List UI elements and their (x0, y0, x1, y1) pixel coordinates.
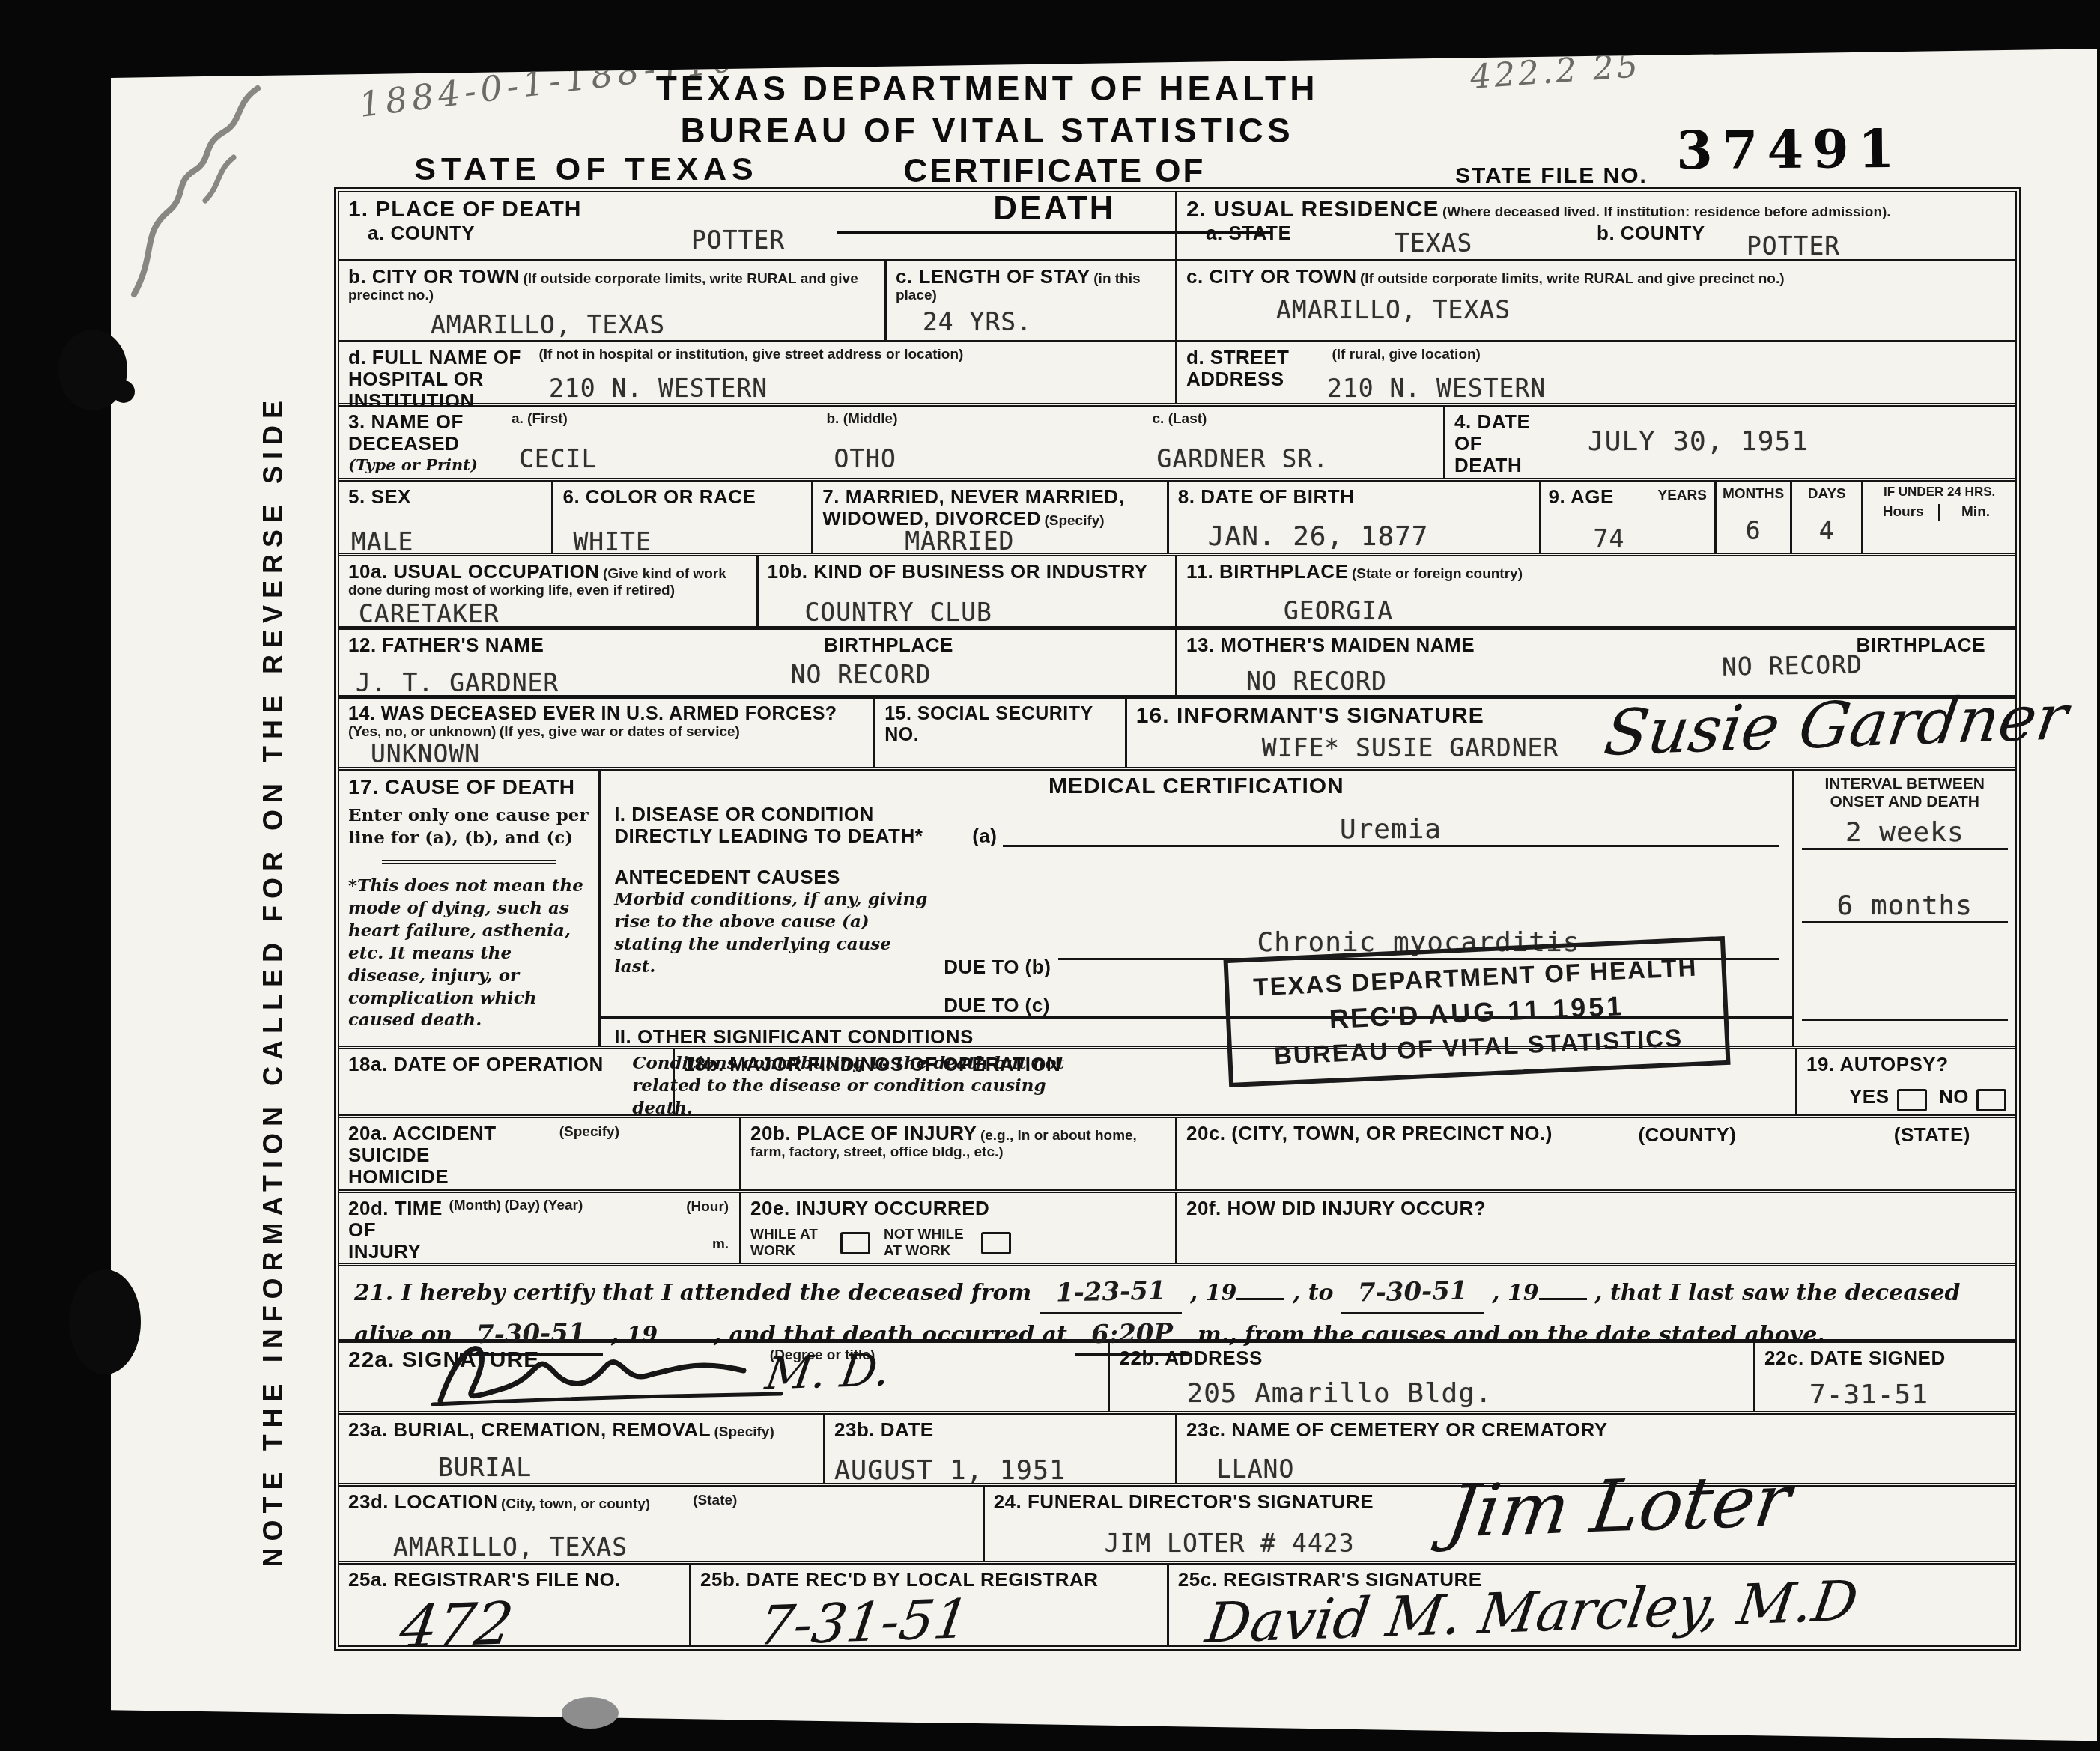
armed-forces-value: UNKNOWN (371, 739, 864, 768)
occupation-value: CARETAKER (359, 599, 747, 628)
stamp-date: AUG 11 1951 (1427, 990, 1625, 1030)
not-while-at-work-label: NOT WHILE AT WORK (884, 1227, 974, 1260)
industry-value: COUNTRY CLUB (805, 598, 1167, 627)
section-injury-location: 20c. (CITY, TOWN, OR PRECINCT NO.) (COUN… (1177, 1118, 2015, 1189)
father-name-value: J. T. GARDNER (356, 668, 1166, 697)
physician-signature-script (429, 1329, 849, 1412)
section-autopsy: 19. AUTOPSY? YES NO (1797, 1049, 2015, 1114)
institution-label: d. FULL NAME OF HOSPITAL OR INSTITUTION (348, 347, 535, 412)
cemetery-label: 23c. NAME OF CEMETERY OR CREMATORY (1186, 1418, 1608, 1441)
section-certify-statement: 21. I hereby certify that I attended the… (339, 1266, 2015, 1339)
name-first-value: CECIL (519, 444, 827, 473)
section-informant: 16. INFORMANT'S SIGNATURE WIFE* SUSIE GA… (1127, 699, 2015, 767)
place-of-injury-label: 20b. PLACE OF INJURY (750, 1122, 977, 1144)
cause-note2: *This does not mean the mode of dying, s… (348, 875, 589, 1031)
under24-hours-label: Hours (1868, 504, 1940, 521)
date-signed-value: 7-31-51 (1809, 1380, 2006, 1410)
while-at-work-checkbox (840, 1232, 870, 1254)
age-days-cell: DAYS 4 (1792, 482, 1863, 553)
row-medical-certification: 17. CAUSE OF DEATH Enter only one cause … (339, 771, 2015, 1049)
marital-hint: (Specify) (1044, 513, 1104, 529)
date-of-death-value: JULY 30, 1951 (1588, 426, 1809, 457)
age-under24-cell: IF UNDER 24 HRS. Hours Min. (1863, 482, 2015, 553)
disease-a-value: Uremia (1340, 814, 1442, 845)
pencil-scribble (115, 58, 273, 306)
under24-label: IF UNDER 24 HRS. (1884, 485, 1995, 499)
disease-label-line1: I. DISEASE OR CONDITION (614, 803, 874, 825)
color-race-label: 6. COLOR OR RACE (562, 485, 756, 508)
accident-hint: (Specify) (559, 1124, 619, 1141)
name-subtitle: (Type or Print) (348, 455, 478, 474)
autopsy-no-checkbox (1976, 1089, 2006, 1111)
certify-p2: , to (1293, 1280, 1334, 1306)
section-burial-type: 23a. BURIAL, CREMATION, REMOVAL (Specify… (339, 1415, 825, 1483)
time-m-label: m. (712, 1236, 729, 1253)
margin-vertical-note-text: NOTE THE INFORMATION CALLED FOR ON THE R… (258, 394, 289, 1567)
age-days-label: DAYS (1808, 486, 1846, 502)
usual-residence-hint: (Where deceased lived. If institution: r… (1442, 204, 1891, 220)
armed-forces-label: 14. WAS DECEASED EVER IN U.S. ARMED FORC… (348, 703, 837, 724)
time-of-injury-label: 20d. TIME OF INJURY (348, 1198, 446, 1263)
name-first-label: a. (First) (512, 411, 568, 427)
burial-type-hint: (Specify) (714, 1424, 774, 1440)
operation-date-label: 18a. DATE OF OPERATION (348, 1053, 604, 1075)
header-dept-line2: BUREAU OF VITAL STATISTICS (590, 109, 1384, 151)
section-injury-occurred: 20e. INJURY OCCURRED WHILE AT WORK NOT W… (741, 1193, 1177, 1263)
antecedent-label: ANTECEDENT CAUSES (614, 867, 1778, 888)
section-usual-residence: 2. USUAL RESIDENCE (Where deceased lived… (1177, 192, 2015, 403)
time-hour-label: (Hour) (686, 1199, 729, 1216)
residence-state-label: a. STATE (1206, 222, 1291, 244)
mother-name-label: 13. MOTHER'S MAIDEN NAME (1186, 634, 1475, 656)
injury-occurred-label: 20e. INJURY OCCURRED (750, 1197, 989, 1219)
injury-city-label: 20c. (CITY, TOWN, OR PRECINCT NO.) (1186, 1122, 1553, 1144)
father-birthplace-label: BIRTHPLACE (824, 634, 953, 656)
section-date-of-operation: 18a. DATE OF OPERATION (339, 1049, 675, 1114)
row-demographics: 5. SEX MALE 6. COLOR OR RACE WHITE 7. MA… (339, 482, 2015, 556)
operation-findings-label: 18b. MAJOR FINDINGS OF OPERATION (684, 1053, 1061, 1075)
armed-forces-hint2: (If yes, give war or dates of service) (500, 724, 740, 740)
header-agency: TEXAS DEPARTMENT OF HEALTH BUREAU OF VIT… (590, 67, 1384, 151)
section-father: 12. FATHER'S NAME BIRTHPLACE J. T. GARDN… (339, 630, 1177, 695)
scan-smudge-bottom (562, 1697, 619, 1729)
sex-value: MALE (351, 527, 542, 556)
section-birthplace: 11. BIRTHPLACE (State or foreign country… (1177, 556, 2015, 626)
place-institution-cell: d. FULL NAME OF HOSPITAL OR INSTITUTION … (339, 342, 1175, 402)
certify-to-value: 7-30-51 (1358, 1271, 1469, 1313)
certify-p1: I hereby certify that I attended the dec… (401, 1280, 1032, 1306)
section-cause-of-death-notes: 17. CAUSE OF DEATH Enter only one cause … (339, 771, 601, 1046)
institution-hint: (If not in hospital or institution, give… (538, 347, 1063, 363)
informant-typed-value: WIFE* SUSIE GARDNER (1262, 733, 1559, 762)
age-months-label: MONTHS (1723, 486, 1784, 502)
autopsy-yes-label: YES (1849, 1085, 1890, 1108)
registrar-file-label: 25a. REGISTRAR'S FILE NO. (348, 1568, 621, 1591)
section-registrar-date: 25b. DATE REC'D BY LOCAL REGISTRAR 7-31-… (691, 1565, 1169, 1645)
section-registrar-file-no: 25a. REGISTRAR'S FILE NO. 472 (339, 1565, 691, 1645)
state-file-no-value: 37491 (1676, 118, 1904, 182)
physician-address-value: 205 Amarillo Bldg. (1186, 1378, 1744, 1409)
scan-hole-blob-1b (112, 380, 135, 403)
age-months-cell: MONTHS 6 (1717, 482, 1792, 553)
residence-state-value: TEXAS (1395, 228, 1472, 258)
residence-city-value: AMARILLO, TEXAS (1276, 295, 2006, 324)
burial-location-hint1: (City, town, or county) (501, 1496, 650, 1512)
residence-county-value: POTTER (1747, 231, 1840, 261)
age-years-label: YEARS (1657, 488, 1706, 504)
father-name-label: 12. FATHER'S NAME (348, 634, 544, 656)
age-years-cell: 9. AGE YEARS 74 (1541, 482, 1717, 553)
row-name-date: 3. NAME OF DECEASED (Type or Print) a. (… (339, 407, 2015, 482)
section-burial-location: 23d. LOCATION (City, town, or county) (S… (339, 1487, 985, 1561)
pencil-annotation-code: 422.2 25 (1469, 46, 1642, 97)
time-month-label: (Month) (449, 1198, 501, 1213)
row-place-residence: 1. PLACE OF DEATH a. COUNTY POTTER b. CI… (339, 192, 2015, 407)
funeral-director-signature-script: Jim Loter (1442, 1458, 1795, 1554)
interval-label: INTERVAL BETWEEN ONSET AND DEATH (1825, 775, 1985, 810)
street-address-value: 210 N. WESTERN (1327, 374, 1546, 403)
antecedent-hint: Morbid conditions, if any, giving rise t… (614, 888, 936, 978)
residence-county-label: b. COUNTY (1597, 222, 1705, 244)
row-occupation: 10a. USUAL OCCUPATION (Give kind of work… (339, 556, 2015, 630)
scan-hole-blob-2 (69, 1269, 141, 1374)
certify-19a: , 19 (1190, 1280, 1237, 1306)
certify-19b: , 19 (1492, 1280, 1539, 1306)
row-operation: 18a. DATE OF OPERATION 18b. MAJOR FINDIN… (339, 1049, 2015, 1118)
section-date-of-death: 4. DATE OF DEATH JULY 30, 1951 (1445, 407, 2015, 478)
medical-certification-title: MEDICAL CERTIFICATION (614, 774, 1778, 799)
occupation-label: 10a. USUAL OCCUPATION (348, 560, 600, 583)
section-how-injury-occurred: 20f. HOW DID INJURY OCCUR? (1177, 1193, 2015, 1263)
row-parents: 12. FATHER'S NAME BIRTHPLACE J. T. GARDN… (339, 630, 2015, 699)
funeral-director-typed: JIM LOTER # 4423 (1105, 1529, 1355, 1558)
informant-label: 16. INFORMANT'S SIGNATURE (1136, 703, 1484, 728)
birthplace-hint: (State or foreign country) (1352, 566, 1523, 582)
header-state-of-texas: STATE OF TEXAS (410, 151, 762, 188)
date-of-death-label: 4. DATE OF DEATH (1454, 411, 1544, 476)
row-registrar: 25a. REGISTRAR'S FILE NO. 472 25b. DATE … (339, 1565, 2015, 1645)
burial-location-hint2: (State) (693, 1493, 737, 1509)
stamp-recd: REC'D (1329, 999, 1420, 1034)
under24-min-label: Min. (1940, 504, 2011, 521)
marital-value: MARRIED (905, 526, 1157, 556)
section-marital-status: 7. MARRIED, NEVER MARRIED, WIDOWED, DIVO… (813, 482, 1168, 553)
autopsy-no-label: NO (1939, 1085, 1969, 1108)
name-middle-value: OTHO (834, 444, 1153, 473)
length-of-stay-value: 24 YRS. (923, 307, 1166, 336)
certify-num: 21. (354, 1280, 393, 1306)
due-to-b-tag: DUE TO (b) (944, 956, 1051, 978)
section-ssn: 15. SOCIAL SECURITY NO. (875, 699, 1127, 767)
burial-location-value: AMARILLO, TEXAS (393, 1532, 974, 1562)
color-race-value: WHITE (573, 527, 802, 556)
state-file-no-label: STATE FILE NO. (1455, 163, 1648, 189)
name-last-label: c. (Last) (1153, 411, 1207, 427)
burial-location-label: 23d. LOCATION (348, 1490, 498, 1513)
burial-type-label: 23a. BURIAL, CREMATION, REMOVAL (348, 1418, 711, 1441)
certify-year-blank-b (1539, 1278, 1587, 1300)
residence-state-county-cell: 2. USUAL RESIDENCE (Where deceased lived… (1177, 192, 2015, 261)
armed-forces-hint1: (Yes, no, or unknown) (348, 724, 496, 740)
row-injury-1: 20a. ACCIDENT SUICIDE HOMICIDE (Specify)… (339, 1118, 2015, 1193)
accident-label: 20a. ACCIDENT SUICIDE HOMICIDE (348, 1123, 528, 1188)
dob-label: 8. DATE OF BIRTH (1178, 485, 1355, 508)
institution-value: 210 N. WESTERN (549, 374, 768, 403)
time-year-label: (Year) (544, 1198, 583, 1213)
margin-vertical-note: NOTE THE INFORMATION CALLED FOR ON THE R… (258, 394, 292, 1368)
section-color-race: 6. COLOR OR RACE WHITE (553, 482, 813, 553)
place-of-death-title: 1. PLACE OF DEATH (348, 197, 581, 222)
registrar-date-value: 7-31-51 (755, 1587, 973, 1657)
row-physician: 22a. SIGNATURE (Degree or title) M. D. 2… (339, 1343, 2015, 1415)
section-physician-address: 22b. ADDRESS 205 Amarillo Bldg. (1110, 1343, 1755, 1411)
name-last-cell: c. (Last) GARDNER SR. (1153, 411, 1435, 473)
section-occupation: 10a. USUAL OCCUPATION (Give kind of work… (339, 556, 759, 626)
how-injury-label: 20f. HOW DID INJURY OCCUR? (1186, 1197, 1486, 1219)
header-dept-line1: TEXAS DEPARTMENT OF HEALTH (590, 67, 1384, 109)
residence-city-cell: c. CITY OR TOWN (If outside corporate li… (1177, 261, 2015, 342)
autopsy-label: 19. AUTOPSY? (1806, 1053, 1949, 1075)
registrar-date-label: 25b. DATE REC'D BY LOCAL REGISTRAR (700, 1568, 1099, 1591)
age-years-value: 74 (1594, 524, 1707, 553)
dob-value: JAN. 26, 1877 (1208, 521, 1530, 552)
certify-from-value: 1-23-51 (1055, 1271, 1166, 1313)
cause-notes-divider (382, 860, 556, 864)
section-date-signed: 22c. DATE SIGNED 7-31-51 (1755, 1343, 2015, 1411)
residence-city-label: c. CITY OR TOWN (1186, 265, 1357, 288)
informant-signature-script: Susie Gardner (1600, 680, 2072, 769)
place-county-value: POTTER (691, 225, 785, 255)
section-time-of-injury: 20d. TIME OF INJURY (Month) (Day) (Year)… (339, 1193, 741, 1263)
section-physician-signature: 22a. SIGNATURE (Degree or title) M. D. (339, 1343, 1110, 1411)
section-place-of-death: 1. PLACE OF DEATH a. COUNTY POTTER b. CI… (339, 192, 1177, 403)
age-days-value: 4 (1797, 516, 1857, 545)
birthplace-value: GEORGIA (1284, 596, 2006, 625)
place-county-cell: 1. PLACE OF DEATH a. COUNTY POTTER (339, 192, 1175, 261)
autopsy-yes-checkbox (1897, 1089, 1927, 1111)
mother-birthplace-label: BIRTHPLACE (1856, 634, 1985, 656)
industry-label: 10b. KIND OF BUSINESS OR INDUSTRY (768, 560, 1148, 583)
funeral-director-label: 24. FUNERAL DIRECTOR'S SIGNATURE (994, 1490, 1374, 1513)
burial-date-value: AUGUST 1, 1951 (834, 1456, 1166, 1486)
date-signed-label: 22c. DATE SIGNED (1764, 1347, 1946, 1369)
father-birthplace-value: NO RECORD (791, 660, 932, 689)
ssn-label: 15. SOCIAL SECURITY NO. (884, 703, 1093, 745)
row-location-director: 23d. LOCATION (City, town, or county) (S… (339, 1487, 2015, 1565)
disease-row: I. DISEASE OR CONDITION DIRECTLY LEADING… (614, 804, 1778, 847)
section-place-of-injury: 20b. PLACE OF INJURY (e.g., in or about … (741, 1118, 1177, 1189)
disease-a-tag: (a) (972, 825, 997, 847)
while-at-work-label: WHILE AT WORK (750, 1227, 833, 1260)
name-title: 3. NAME OF DECEASED (348, 410, 464, 455)
place-city-cell: b. CITY OR TOWN (If outside corporate li… (339, 261, 887, 340)
street-address-label: d. STREET ADDRESS (1186, 347, 1329, 390)
row-injury-2: 20d. TIME OF INJURY (Month) (Day) (Year)… (339, 1193, 2015, 1266)
interval-a-value: 2 weeks (1802, 817, 2008, 850)
name-title-block: 3. NAME OF DECEASED (Type or Print) (348, 411, 512, 473)
section-mother: 13. MOTHER'S MAIDEN NAME BIRTHPLACE NO R… (1177, 630, 2015, 695)
birthplace-label: 11. BIRTHPLACE (1186, 560, 1349, 583)
certify-year-blank-a (1236, 1278, 1284, 1300)
section-name-of-deceased: 3. NAME OF DECEASED (Type or Print) a. (… (339, 407, 1445, 478)
certificate-form: 1. PLACE OF DEATH a. COUNTY POTTER b. CI… (334, 187, 2021, 1651)
sex-label: 5. SEX (348, 485, 411, 508)
received-stamp: TEXAS DEPARTMENT OF HEALTH REC'D AUG 11 … (1224, 936, 1731, 1087)
certify-p3: , that I last saw the deceased (1594, 1280, 1960, 1306)
name-first-cell: a. (First) CECIL (512, 411, 827, 473)
row-informant: 14. WAS DECEASED EVER IN U.S. ARMED FORC… (339, 699, 2015, 771)
burial-type-value: BURIAL (438, 1453, 814, 1482)
interval-empty-line (1802, 1013, 2008, 1021)
section-medical-certification: MEDICAL CERTIFICATION I. DISEASE OR COND… (601, 771, 1794, 1046)
time-day-label: (Day) (505, 1198, 541, 1213)
section-armed-forces: 14. WAS DECEASED EVER IN U.S. ARMED FORC… (339, 699, 875, 767)
name-middle-label: b. (Middle) (827, 411, 898, 427)
burial-date-label: 23b. DATE (834, 1418, 934, 1441)
injury-county-label: (COUNTY) (1638, 1124, 1736, 1146)
interval-b-value: 6 months (1802, 890, 2008, 923)
usual-residence-title: 2. USUAL RESIDENCE (1186, 197, 1439, 222)
cause-note1: Enter only one cause per line for (a), (… (348, 804, 589, 849)
section-sex: 5. SEX MALE (339, 482, 553, 553)
section-industry: 10b. KIND OF BUSINESS OR INDUSTRY COUNTR… (759, 556, 1178, 626)
place-county-label: a. COUNTY (368, 222, 475, 244)
section-date-of-birth: 8. DATE OF BIRTH JAN. 26, 1877 (1169, 482, 1541, 553)
name-last-value: GARDNER SR. (1157, 444, 1435, 473)
section-age: 9. AGE YEARS 74 MONTHS 6 DAYS 4 IF UNDER… (1541, 482, 2015, 553)
age-months-value: 6 (1721, 516, 1785, 545)
residence-city-hint: (If outside corporate limits, write RURA… (1360, 271, 1785, 287)
street-address-hint: (If rural, give location) (1332, 347, 1480, 362)
length-of-stay-cell: c. LENGTH OF STAY (in this place) 24 YRS… (887, 261, 1175, 340)
disease-label-block: I. DISEASE OR CONDITION DIRECTLY LEADING… (614, 804, 966, 847)
certificate-page: 1884-0-1-188-110 422.2 25 NOTE THE INFOR… (111, 42, 2097, 1751)
length-of-stay-label: c. LENGTH OF STAY (896, 265, 1090, 288)
residence-street-cell: d. STREET ADDRESS (If rural, give locati… (1177, 342, 2015, 402)
not-while-at-work-checkbox (981, 1232, 1011, 1254)
cause-of-death-label: 17. CAUSE OF DEATH (348, 775, 575, 798)
name-middle-cell: b. (Middle) OTHO (827, 411, 1153, 473)
due-to-c-tag: DUE TO (c) (944, 995, 1050, 1016)
place-city-value: AMARILLO, TEXAS (431, 310, 875, 339)
physician-address-label: 22b. ADDRESS (1119, 1347, 1262, 1369)
under24-subcells: Hours Min. (1868, 504, 2011, 521)
section-registrar-signature: 25c. REGISTRAR'S SIGNATURE David M. Marc… (1169, 1565, 2015, 1645)
section-burial-date: 23b. DATE AUGUST 1, 1951 (825, 1415, 1177, 1483)
mother-birthplace-value: NO RECORD (1722, 649, 1863, 681)
disease-label-line2: DIRECTLY LEADING TO DEATH* (614, 825, 923, 847)
place-city-label: b. CITY OR TOWN (348, 265, 520, 288)
place-city-row: b. CITY OR TOWN (If outside corporate li… (339, 261, 1175, 342)
section-funeral-director: 24. FUNERAL DIRECTOR'S SIGNATURE JIM LOT… (985, 1487, 2015, 1561)
age-label: 9. AGE (1549, 485, 1614, 508)
registrar-file-value: 472 (395, 1591, 517, 1662)
section-interval: INTERVAL BETWEEN ONSET AND DEATH 2 weeks… (1794, 771, 2015, 1046)
injury-state-label: (STATE) (1894, 1124, 1970, 1146)
section-accident-suicide-homicide: 20a. ACCIDENT SUICIDE HOMICIDE (Specify) (339, 1118, 741, 1189)
